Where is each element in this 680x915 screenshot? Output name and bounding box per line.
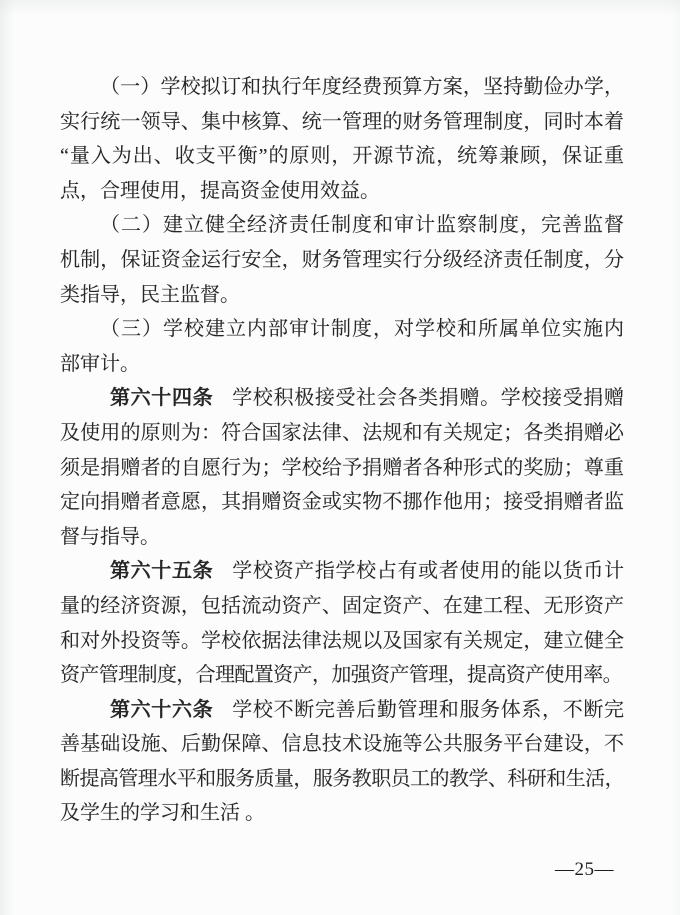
text-line: 量的经济资源，包括流动资产、固定资产、在建工程、无形资产 — [60, 589, 624, 624]
text-line: 资产管理制度，合理配置资产，加强资产管理，提高资产使用率。 — [60, 658, 624, 693]
text-line: 和对外投资等。学校依据法律法规以及国家有关规定，建立健全 — [60, 624, 624, 659]
paragraph-item-3: （三）学校建立内部审计制度，对学校和所属单位实施内 部审计。 — [60, 312, 624, 381]
text-line: 点，合理使用，提高资金使用效益。 — [60, 174, 624, 209]
text-line: （二）建立健全经济责任制度和审计监察制度，完善监督 — [60, 208, 624, 243]
paragraph-article-64: 第六十四条学校积极接受社会各类捐赠。学校接受捐赠 及使用的原则为：符合国家法律、… — [60, 381, 624, 554]
text-line: （一）学校拟订和执行年度经费预算方案，坚持勤俭办学， — [60, 70, 624, 105]
article-66-number: 第六十六条 — [110, 699, 213, 721]
paragraph-article-65: 第六十五条学校资产指学校占有或者使用的能以货币计 量的经济资源，包括流动资产、固… — [60, 554, 624, 692]
text-line: 断提高管理水平和服务质量，服务教职员工的教学、科研和生活， — [60, 762, 624, 797]
article-65-number: 第六十五条 — [110, 560, 213, 582]
article-66-text: 学校不断完善后勤管理和服务体系，不断完 — [232, 699, 624, 721]
text-line: 第六十六条学校不断完善后勤管理和服务体系，不断完 — [60, 693, 624, 728]
article-65-text: 学校资产指学校占有或者使用的能以货币计 — [232, 560, 624, 582]
text-line: 第六十五条学校资产指学校占有或者使用的能以货币计 — [60, 554, 624, 589]
text-line: 部审计。 — [60, 347, 624, 382]
text-line: （三）学校建立内部审计制度，对学校和所属单位实施内 — [60, 312, 624, 347]
article-64-text: 学校积极接受社会各类捐赠。学校接受捐赠 — [232, 387, 624, 409]
paragraph-item-1: （一）学校拟订和执行年度经费预算方案，坚持勤俭办学， 实行统一领导、集中核算、统… — [60, 70, 624, 208]
text-line: 实行统一领导、集中核算、统一管理的财务管理制度，同时本着 — [60, 105, 624, 140]
document-page: （一）学校拟订和执行年度经费预算方案，坚持勤俭办学， 实行统一领导、集中核算、统… — [0, 0, 680, 915]
text-line: 及学生的学习和生活 。 — [60, 796, 624, 831]
text-line: 类指导，民主监督。 — [60, 278, 624, 313]
text-line: 定向捐赠者意愿，其捐赠资金或实物不挪作他用；接受捐赠者监 — [60, 485, 624, 520]
text-block: （一）学校拟订和执行年度经费预算方案，坚持勤俭办学， 实行统一领导、集中核算、统… — [60, 70, 624, 831]
paragraph-article-66: 第六十六条学校不断完善后勤管理和服务体系，不断完 善基础设施、后勤保障、信息技术… — [60, 693, 624, 831]
text-line: 及使用的原则为：符合国家法律、法规和有关规定；各类捐赠必 — [60, 416, 624, 451]
text-line: 督与指导。 — [60, 520, 624, 555]
page-number: —25— — [555, 858, 614, 882]
text-line: “量入为出、收支平衡”的原则，开源节流，统筹兼顾，保证重 — [60, 139, 624, 174]
text-line: 机制，保证资金运行安全，财务管理实行分级经济责任制度，分 — [60, 243, 624, 278]
text-line: 善基础设施、后勤保障、信息技术设施等公共服务平台建设，不 — [60, 727, 624, 762]
text-line: 须是捐赠者的自愿行为；学校给予捐赠者各种形式的奖励；尊重 — [60, 451, 624, 486]
article-64-number: 第六十四条 — [110, 387, 213, 409]
paragraph-item-2: （二）建立健全经济责任制度和审计监察制度，完善监督 机制，保证资金运行安全，财务… — [60, 208, 624, 312]
text-line: 第六十四条学校积极接受社会各类捐赠。学校接受捐赠 — [60, 381, 624, 416]
